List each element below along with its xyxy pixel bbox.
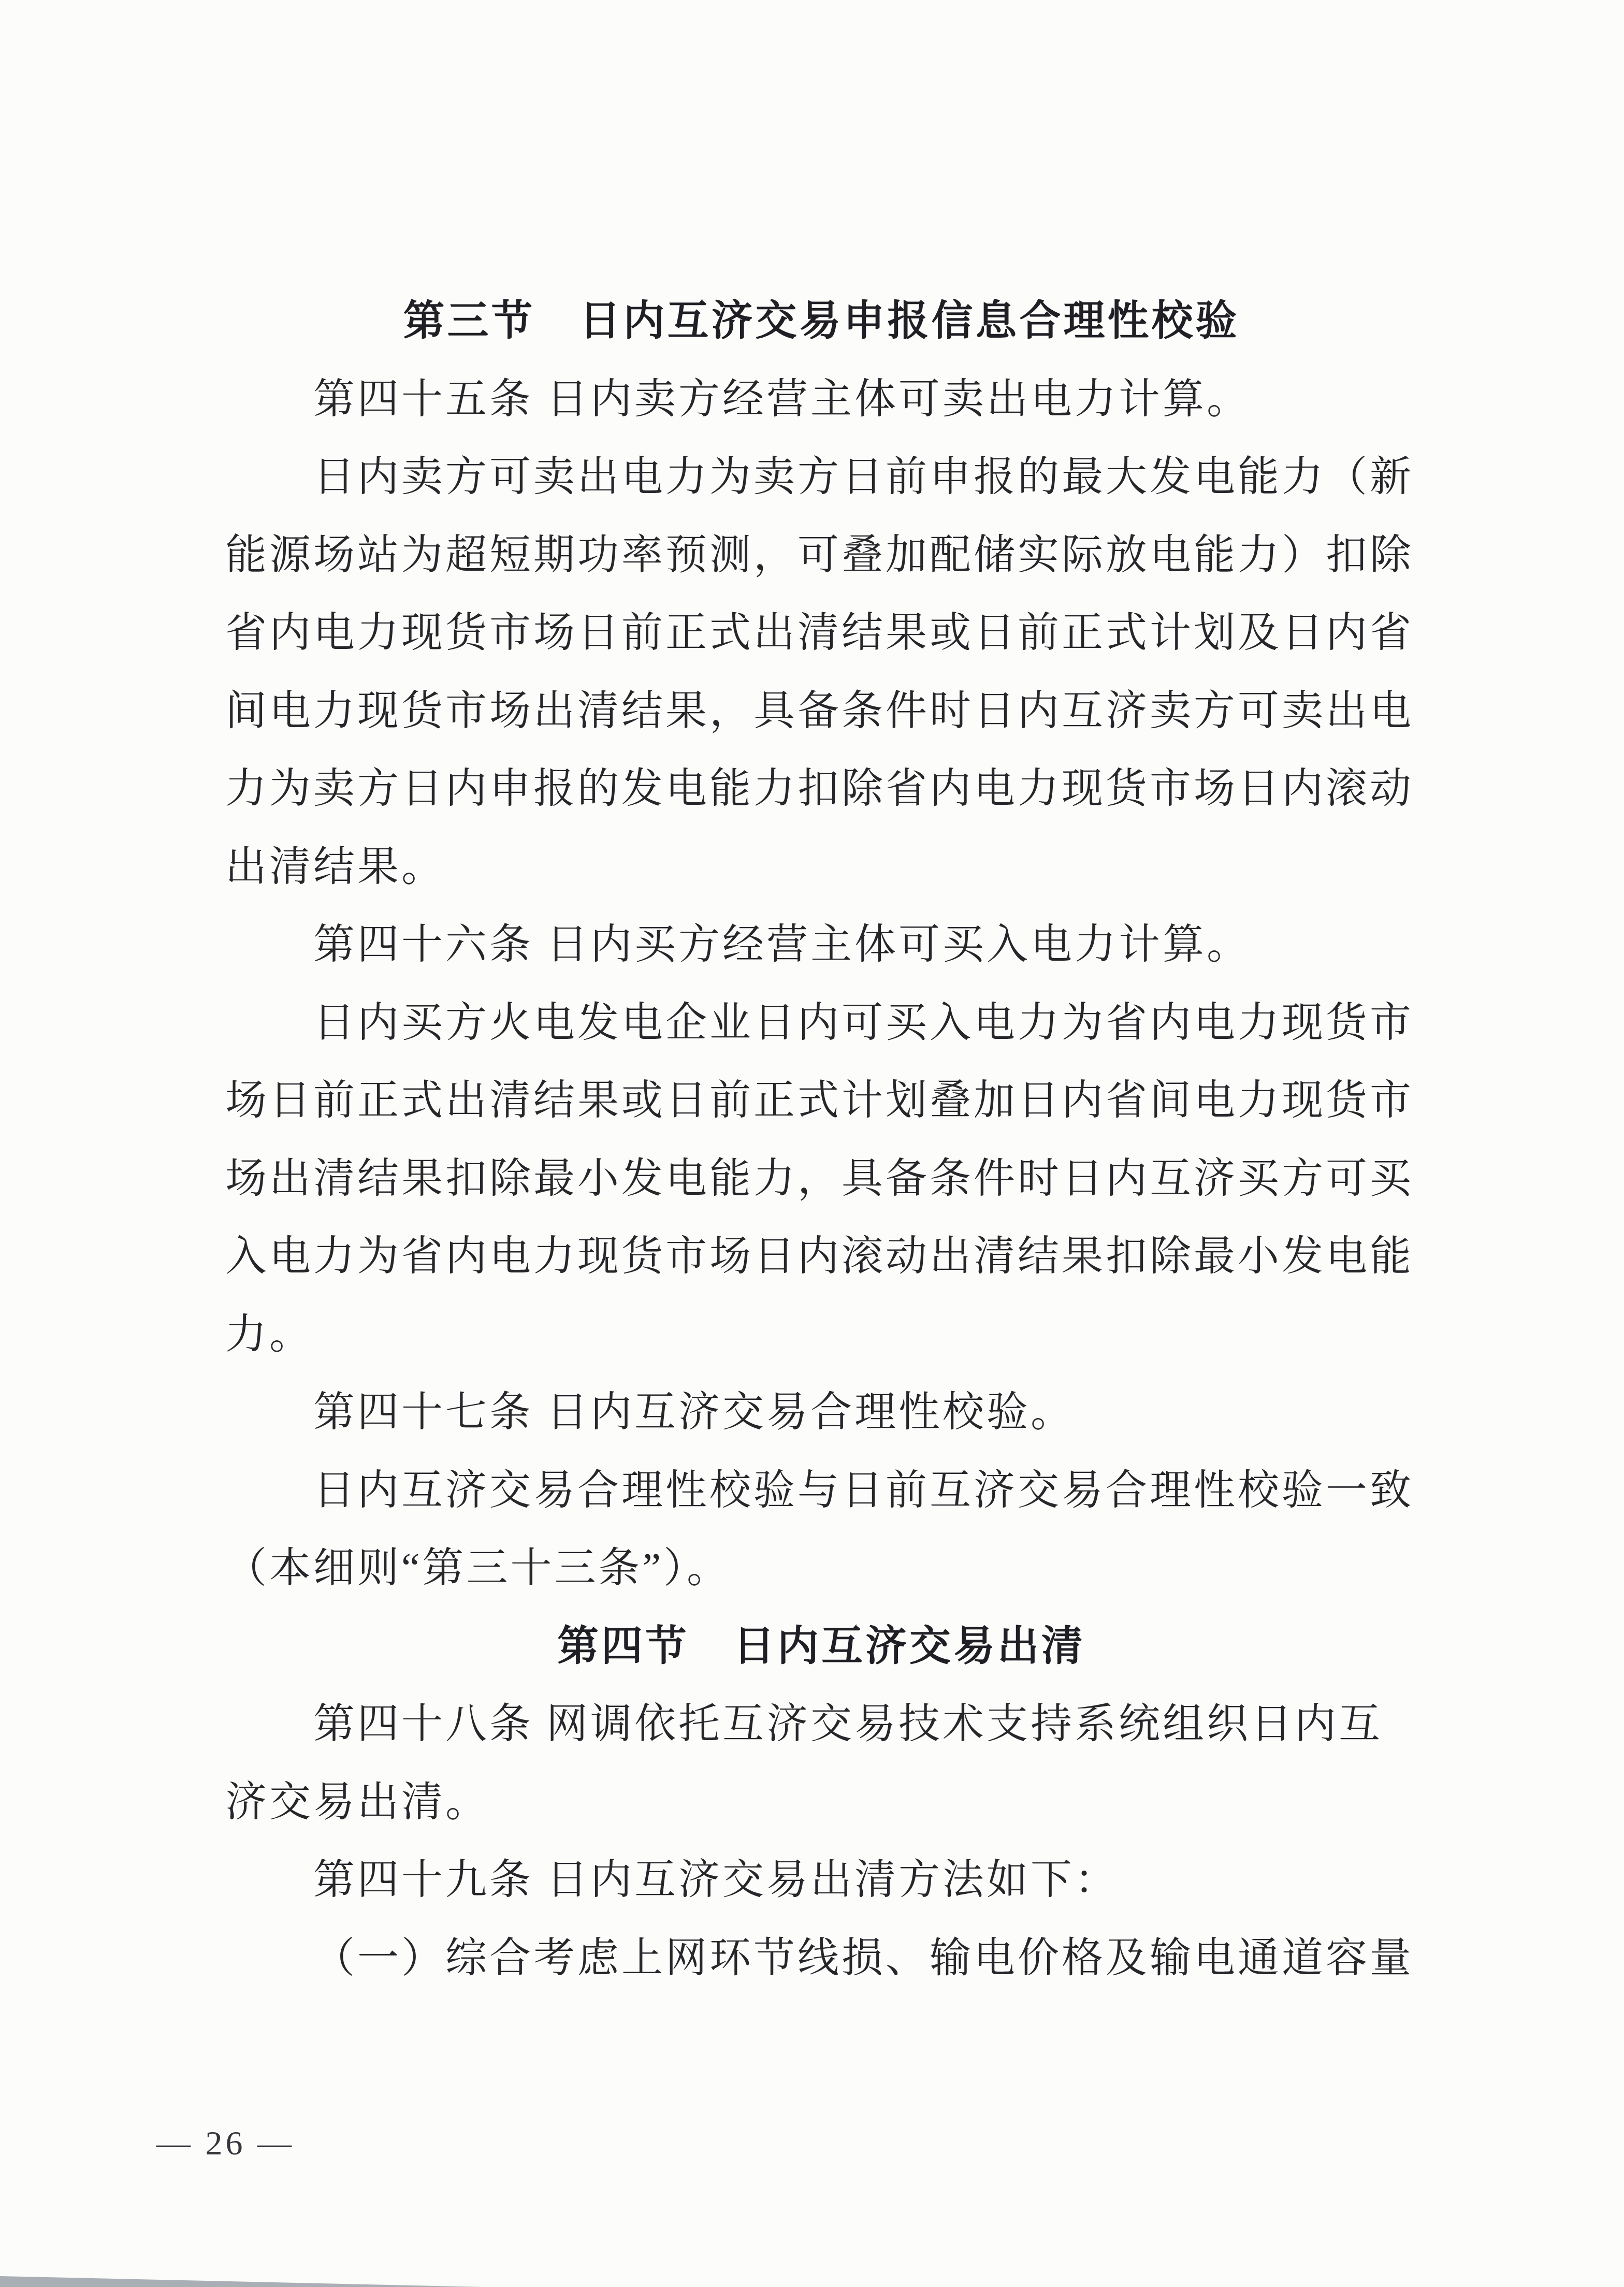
scan-edge-artifact <box>0 2276 482 2287</box>
article-46-body-line-1: 日内买方火电发电企业日内可买入电力为省内电力现货市 <box>225 984 1417 1062</box>
scanned-document-page: 第三节 日内互济交易申报信息合理性校验 第四十五条 日内卖方经营主体可卖出电力计… <box>0 0 1624 2287</box>
article-45-body-line-4: 间电力现货市场出清结果，具备条件时日内互济卖方可卖出电 <box>225 672 1417 750</box>
section-4-heading: 第四节 日内互济交易出清 <box>225 1608 1417 1686</box>
article-47-lead-line: 第四十七条 日内互济交易合理性校验。 <box>225 1373 1417 1452</box>
article-46-body-line-2: 场日前正式出清结果或日前正式计划叠加日内省间电力现货市 <box>225 1062 1417 1140</box>
article-45-body-line-1: 日内卖方可卖出电力为卖方日前申报的最大发电能力（新 <box>225 438 1417 516</box>
article-46-lead-line: 第四十六条 日内买方经营主体可买入电力计算。 <box>225 906 1417 984</box>
article-45-body-line-2: 能源场站为超短期功率预测，可叠加配储实际放电能力）扣除 <box>225 516 1417 595</box>
article-46-body-line-5: 力。 <box>225 1296 1417 1374</box>
article-45-body-line-5: 力为卖方日内申报的发电能力扣除省内电力现货市场日内滚动 <box>225 750 1417 828</box>
article-48-lead-line: 第四十八条 网调依托互济交易技术支持系统组织日内互 <box>225 1685 1417 1763</box>
article-45-body-line-6: 出清结果。 <box>225 828 1417 906</box>
article-45-body-line-3: 省内电力现货市场日前正式出清结果或日前正式计划及日内省 <box>225 594 1417 672</box>
clause-item-1-line: （一）综合考虑上网环节线损、输电价格及输电通道容量 <box>225 1919 1417 1997</box>
article-46-body-line-4: 入电力为省内电力现货市场日内滚动出清结果扣除最小发电能 <box>225 1218 1417 1296</box>
section-3-heading: 第三节 日内互济交易申报信息合理性校验 <box>225 282 1417 360</box>
article-47-body-line-2: （本细则“第三十三条”）。 <box>225 1529 1417 1608</box>
article-46-body-line-3: 场出清结果扣除最小发电能力，具备条件时日内互济买方可买 <box>225 1140 1417 1218</box>
article-49-lead-line: 第四十九条 日内互济交易出清方法如下： <box>225 1841 1417 1919</box>
page-number: — 26 — <box>156 2120 295 2167</box>
article-47-body-line-1: 日内互济交易合理性校验与日前互济交易合理性校验一致 <box>225 1452 1417 1530</box>
document-text-block: 第三节 日内互济交易申报信息合理性校验 第四十五条 日内卖方经营主体可卖出电力计… <box>225 282 1417 1997</box>
article-45-lead-line: 第四十五条 日内卖方经营主体可卖出电力计算。 <box>225 360 1417 439</box>
article-48-body-line-1: 济交易出清。 <box>225 1763 1417 1842</box>
